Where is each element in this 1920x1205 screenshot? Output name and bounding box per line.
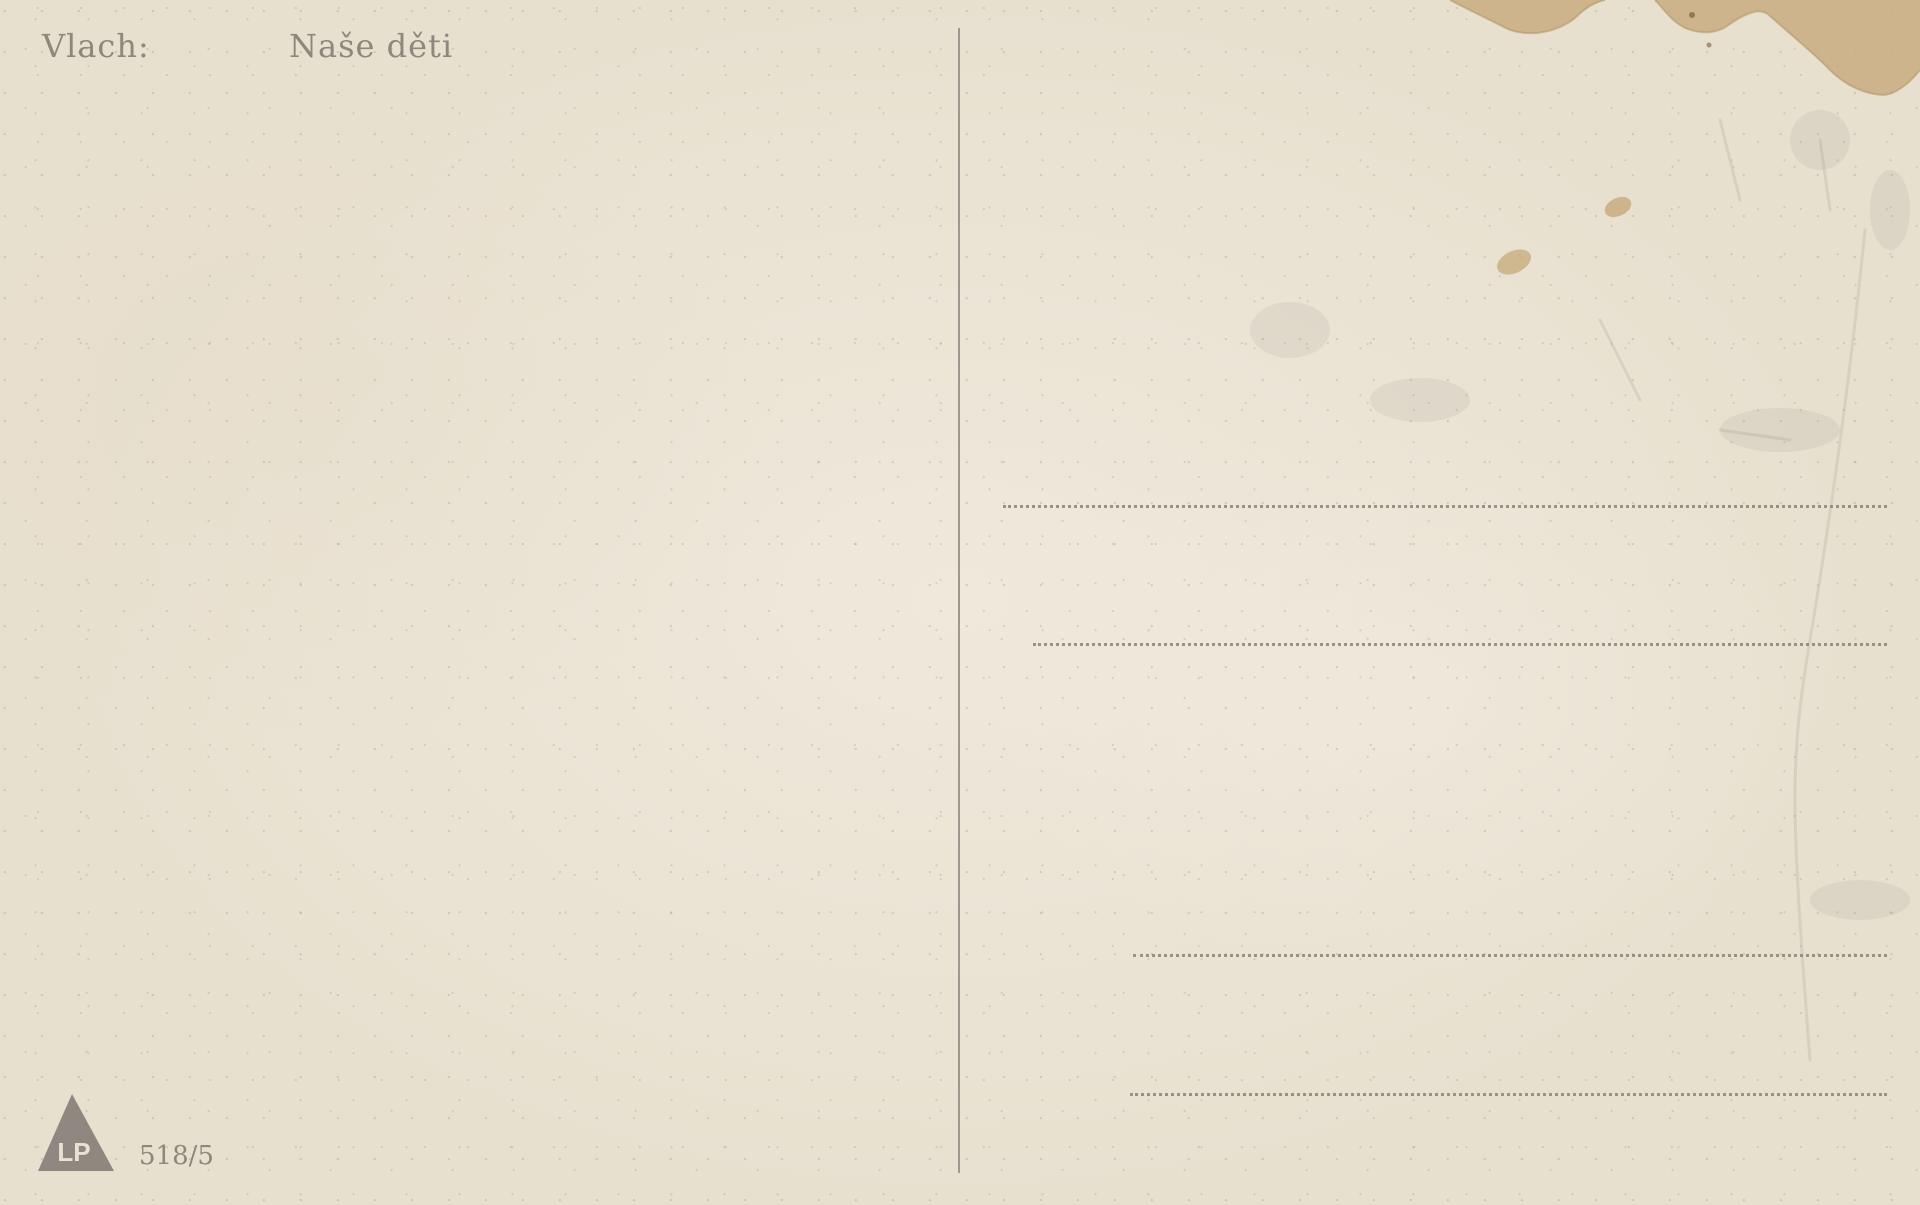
message-address-divider: [958, 28, 960, 1173]
catalog-number: 518/5: [139, 1140, 214, 1172]
postcard-back: Vlach: Naše děti LP 518/5: [0, 0, 1920, 1205]
address-line-2: [1033, 643, 1887, 646]
address-line-3: [1133, 954, 1887, 957]
address-line-1: [1003, 505, 1887, 508]
postcard-title: Naše děti: [289, 26, 453, 66]
address-line-4: [1130, 1093, 1887, 1096]
pencil-marks: [0, 0, 1920, 1205]
paper-texture: [0, 0, 1920, 1205]
water-stain: [0, 0, 1920, 360]
svg-text:LP: LP: [57, 1137, 90, 1167]
artist-name: Vlach:: [42, 26, 150, 66]
triangle-lp-logo-icon: LP: [36, 1092, 116, 1172]
